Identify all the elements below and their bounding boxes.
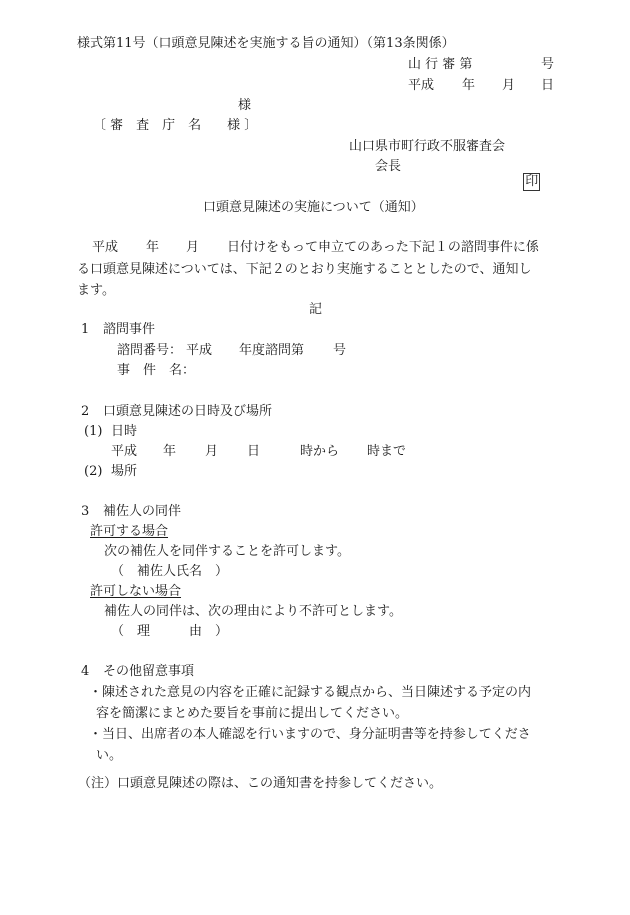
bullet2-line2: い。	[96, 748, 122, 764]
bullet1-line2: 容を簡潔にまとめた要旨を事前に提出してください。	[96, 706, 408, 722]
document-title: 口頭意見陳述の実施について（通知）	[203, 200, 424, 216]
datetime-month: 月	[205, 444, 218, 460]
recipient-sama: 様	[238, 98, 251, 114]
body-month: 月	[186, 240, 199, 256]
doc-number-suffix: 号	[541, 57, 554, 73]
datetime-day: 日	[247, 444, 260, 460]
datetime-until: 時まで	[367, 444, 406, 460]
sub2-title: 場所	[111, 464, 137, 480]
not-permitted-heading: 許可しない場合	[90, 584, 181, 600]
body-line2: る口頭意見陳述については、下記２のとおり実施することとしたので、通知し	[77, 262, 531, 278]
date-era: 平成	[408, 78, 434, 94]
inquiry-no-suffix: 号	[333, 343, 346, 359]
seal-mark: 印	[515, 157, 540, 175]
section4-number: 4	[81, 664, 89, 680]
permitted-heading: 許可する場合	[90, 524, 168, 540]
datetime-year: 年	[163, 444, 176, 460]
sub1-title: 日時	[111, 424, 137, 440]
body-line1-rest: 日付けをもって申立てのあった下記１の諮問事件に係	[227, 240, 539, 256]
date-day: 日	[541, 78, 554, 94]
inquiry-no-fiscal: 年度諮問第	[239, 343, 304, 359]
section1-title: 諮問事件	[103, 322, 155, 338]
note: （注）口頭意見陳述の際は、この通知書を持参してください。	[78, 776, 442, 792]
not-permitted-text: 補佐人の同伴は、次の理由により不許可とします。	[104, 604, 402, 620]
section2-title: 口頭意見陳述の日時及び場所	[103, 404, 272, 420]
section1-number: 1	[81, 322, 89, 338]
section3-title: 補佐人の同伴	[103, 504, 181, 520]
case-name-label: 事 件 名：	[117, 363, 195, 379]
sender-organization: 山口県市町行政不服審査会	[349, 139, 505, 155]
bullet1-line1: ・陳述された意見の内容を正確に記録する観点から、当日陳述する予定の内	[89, 685, 531, 701]
sender-title: 会長	[375, 159, 401, 175]
body-year: 年	[146, 240, 159, 256]
date-month: 月	[502, 78, 515, 94]
seal-icon: 印	[523, 173, 540, 191]
inquiry-no-era: 平成	[186, 343, 212, 359]
ki-label: 記	[309, 302, 322, 318]
body-line3: ます。	[77, 283, 115, 299]
sub1-label: (1)	[84, 424, 102, 440]
sub2-label: (2)	[84, 464, 102, 480]
bullet2-line1: ・当日、出席者の本人確認を行いますので、身分証明書等を持参してくださ	[89, 727, 531, 743]
reason-field: （ 理 由 ）	[111, 624, 228, 640]
date-year: 年	[462, 78, 475, 94]
section2-number: 2	[81, 404, 89, 420]
section3-number: 3	[81, 504, 89, 520]
inquiry-no-label: 諮問番号：	[117, 343, 182, 359]
datetime-from: 時から	[300, 444, 339, 460]
body-era: 平成	[92, 240, 118, 256]
permitted-text: 次の補佐人を同伴することを許可します。	[104, 544, 350, 560]
datetime-era: 平成	[111, 444, 137, 460]
assistant-name-field: （ 補佐人氏名 ）	[111, 564, 228, 580]
recipient-agency: 〔 審 査 庁 名 様 〕	[93, 118, 257, 134]
doc-number-prefix: 山 行 審 第	[408, 57, 472, 73]
form-title: 様式第11号（口頭意見陳述を実施する旨の通知）（第13条関係）	[77, 36, 455, 52]
section4-title: その他留意事項	[103, 664, 194, 680]
